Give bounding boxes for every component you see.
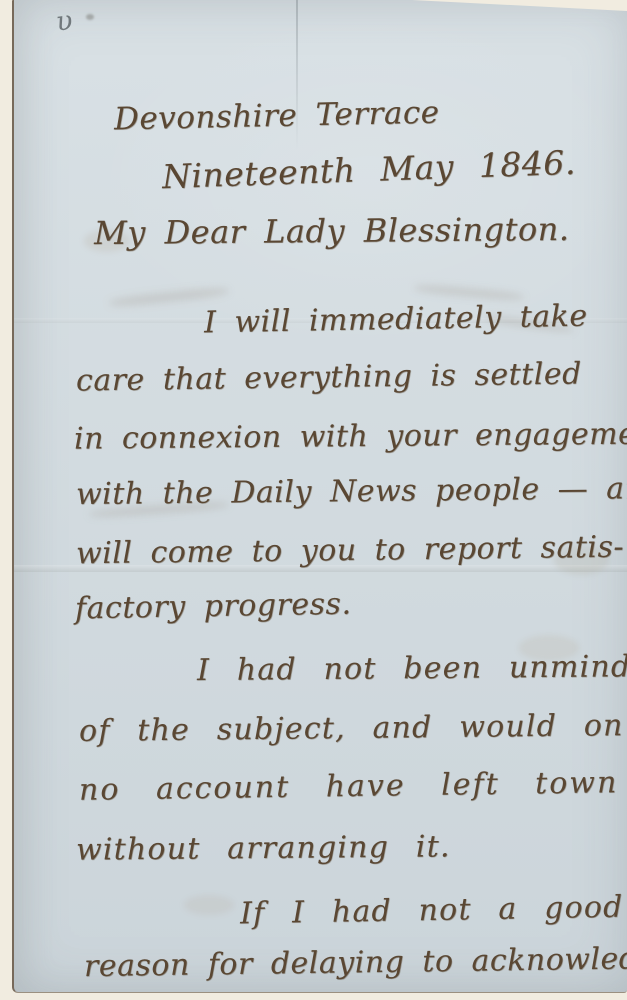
body-line: I had not been unmindful [197, 649, 627, 688]
date-line: Nineteenth May 1846. [161, 143, 576, 196]
body-line: in connexion with your engagement [74, 416, 627, 456]
paper-corner-cut [412, 0, 627, 11]
body-line: I will immediately take [204, 299, 588, 341]
pencil-dot [86, 14, 94, 20]
body-line: reason for delaying to acknowledge [84, 941, 627, 984]
paper-stain [184, 895, 234, 915]
body-line: without arranging it. [76, 829, 451, 867]
body-line: with the Daily News people — and [76, 471, 627, 512]
salutation-line: My Dear Lady Blessington. [94, 210, 570, 252]
body-line: care that everything is settled [76, 356, 582, 398]
body-line: If I had not a good [240, 890, 624, 932]
body-line: of the subject, and would on [79, 708, 624, 749]
letter-page: υ Devonshire Terrace Nineteenth May 1846… [12, 0, 627, 993]
body-line: will come to you to report satis- [76, 530, 624, 572]
body-line: no account have left town [79, 765, 619, 808]
ink-showthrough [414, 283, 524, 302]
address-line: Devonshire Terrace [114, 95, 440, 138]
body-line: factory progress. [75, 587, 352, 627]
pencil-annotation: υ [54, 5, 75, 38]
scan-background: υ Devonshire Terrace Nineteenth May 1846… [0, 0, 627, 1000]
